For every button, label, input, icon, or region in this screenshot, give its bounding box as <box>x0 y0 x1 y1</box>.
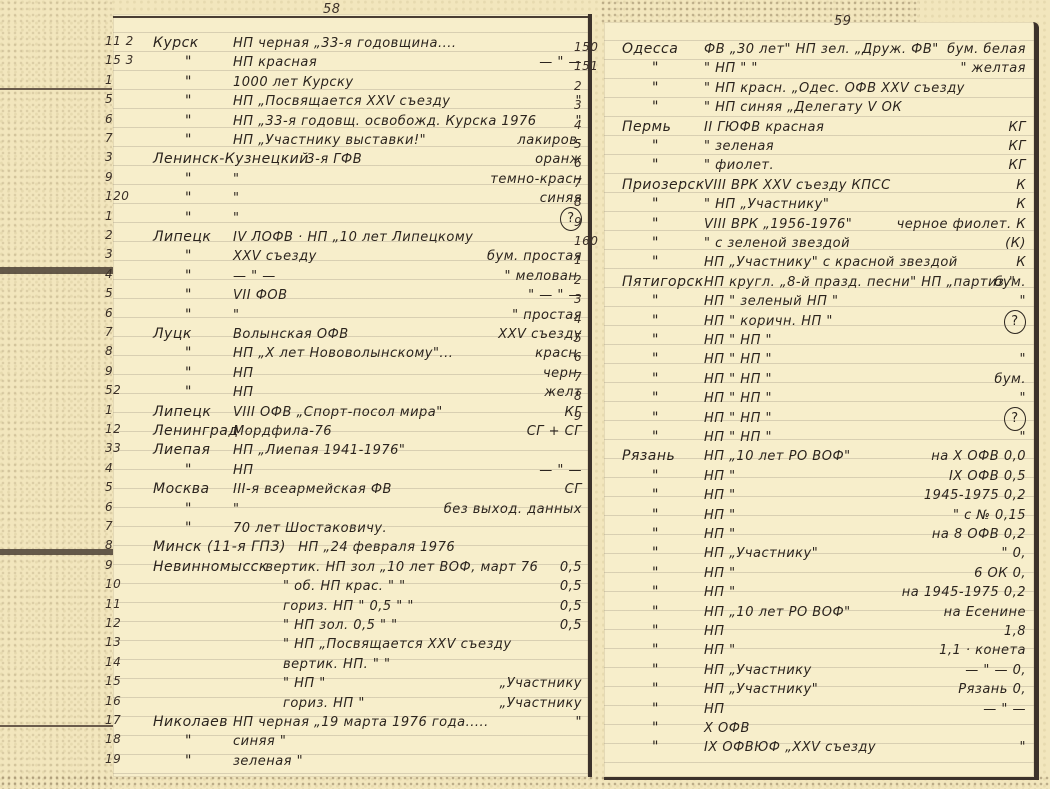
entry-row: "НП „X лет Нововолынскому"...красн. <box>113 344 588 363</box>
entry-row: "НП " НП "? <box>604 409 1034 428</box>
entry-text: НП черная „19 марта 1976 года..... <box>233 713 489 732</box>
margin-number: 5 <box>105 92 113 106</box>
entry-text: VII ФОВ <box>233 286 288 305</box>
entry-text: НП <box>233 461 254 480</box>
margin-number: 9 <box>105 364 113 378</box>
entry-row: "" зеленаяКГ <box>604 137 1034 156</box>
entry-row: "НП " зеленый НП "" <box>604 292 1034 311</box>
entry-note: " мелован. <box>505 267 582 286</box>
margin-number: 11 2 <box>105 34 134 48</box>
entry-row: "IX ОФВЮФ „XXV съезду" <box>604 738 1034 757</box>
entry-text: НП " <box>704 641 736 660</box>
margin-number: 15 <box>105 674 121 688</box>
entry-row: гориз. НП "„Участнику <box>113 694 588 713</box>
entry-row: "" НП " "" желтая <box>604 59 1034 78</box>
entry-note: " <box>1020 389 1026 408</box>
ditto-mark: " <box>652 506 659 525</box>
ditto-mark: " <box>185 732 192 751</box>
entry-note: " <box>576 713 582 732</box>
entry-row: Минск (11-я ГПЗ)НП „24 февраля 1976 <box>113 538 588 557</box>
entry-text: гориз. НП " 0,5 " " <box>283 597 414 616</box>
entry-row: """ простая <box>113 306 588 325</box>
notebook-page-right: 59 ОдессаФВ „30 лет" НП зел. „Друж. ФВ"б… <box>604 22 1039 780</box>
entry-text: " <box>233 170 239 189</box>
margin-number: 6 <box>574 156 582 170</box>
entry-row: " об. НП крас. " "0,5 <box>113 577 588 596</box>
entry-row: гориз. НП " 0,5 " "0,5 <box>113 597 588 616</box>
entry-note: КГ <box>1009 118 1026 137</box>
entry-text: " <box>233 189 239 208</box>
entry-note: 1945-1975 0,2 <box>924 486 1026 505</box>
entry-text: XXV съезду <box>233 247 317 266</box>
entry-note: " желтая <box>961 59 1027 78</box>
entry-note: КГ <box>1009 137 1026 156</box>
entry-text: НП " <box>704 506 736 525</box>
entry-text: НП „10 лет РО ВОФ" <box>704 447 851 466</box>
entry-text: НП „Участнику" с красной звездой <box>704 253 958 272</box>
margin-number: 5 <box>574 137 582 151</box>
ditto-mark: " <box>652 700 659 719</box>
entry-row: "НП „Участнику"" 0, <box>604 544 1034 563</box>
entry-note: IX ОФВ 0,5 <box>949 467 1026 486</box>
entry-row: "НП " НП "" <box>604 428 1034 447</box>
entry-note: К <box>1016 176 1026 195</box>
ditto-mark: " <box>185 344 192 363</box>
ditto-mark: " <box>652 641 659 660</box>
entry-row: ""синяя <box>113 189 588 208</box>
entry-row: Невинномыссквертик. НП зол „10 лет ВОФ, … <box>113 558 588 577</box>
margin-number: 2 <box>105 228 113 242</box>
entry-note: „Участнику <box>499 674 582 693</box>
entry-note: черное фиолет. К <box>897 215 1026 234</box>
margin-number: 7 <box>574 176 582 190</box>
entry-row: "XXV съездубум. простая <box>113 247 588 266</box>
margin-number: 4 <box>574 118 582 132</box>
margin-number: 9 <box>105 558 113 572</box>
entry-text: гориз. НП " <box>283 694 365 713</box>
entry-text: " с зеленой звездой <box>704 234 850 253</box>
ditto-mark: " <box>185 286 192 305</box>
entry-note: " простая <box>512 306 582 325</box>
page-number: 58 <box>323 2 341 17</box>
margin-number: 12 <box>105 422 121 436</box>
ditto-mark: " <box>652 738 659 757</box>
entry-row: КурскНП черная „33-я годовщина.... <box>113 34 588 53</box>
entry-row: "НП " коричн. НП "? <box>604 312 1034 331</box>
ditto-mark: " <box>185 267 192 286</box>
entry-row: " НП зол. 0,5 " "0,5 <box>113 616 588 635</box>
margin-number: 6 <box>574 350 582 364</box>
margin-number: 11 <box>105 597 121 611</box>
ditto-mark: " <box>652 525 659 544</box>
entry-text: ФВ „30 лет" НП зел. „Друж. ФВ" <box>704 40 939 59</box>
margin-number: 18 <box>105 732 121 746</box>
entry-row: "НП "6 ОК 0, <box>604 564 1034 583</box>
entry-text: зеленая " <box>233 752 303 771</box>
margin-number: 6 <box>105 306 113 320</box>
entry-text: НП „Участнику" <box>704 680 818 699</box>
margin-number: 10 <box>105 577 121 591</box>
entry-note: К <box>1016 253 1026 272</box>
entry-text: " НП красн. „Одес. ОФВ XXV съезду <box>704 79 965 98</box>
margin-number: 120 <box>105 189 129 203</box>
entry-row: "НП " НП "бум. <box>604 370 1034 389</box>
entry-text: " НП синяя „Делегату V ОК <box>704 98 902 117</box>
entry-row: "НП "на 1945-1975 0,2 <box>604 583 1034 602</box>
margin-number: 1 <box>105 73 113 87</box>
margin-number: 3 <box>574 292 582 306</box>
entry-note: „Участнику <box>499 694 582 713</box>
entry-text: " НП „Участнику" <box>704 195 829 214</box>
ditto-mark: " <box>652 409 659 428</box>
ditto-mark: " <box>652 389 659 408</box>
entry-row: "НП " НП "" <box>604 350 1034 369</box>
entry-row: "НП— " — <box>604 700 1034 719</box>
entry-row: "синяя " <box>113 732 588 751</box>
entry-text: НП " <box>704 467 736 486</box>
margin-number: 6 <box>105 112 113 126</box>
ditto-mark: " <box>652 583 659 602</box>
entry-row: НиколаевНП черная „19 марта 1976 года...… <box>113 713 588 732</box>
underlying-page-edge <box>0 88 112 90</box>
entry-row: ОдессаФВ „30 лет" НП зел. „Друж. ФВ"бум.… <box>604 40 1034 59</box>
city-name: Ленинск-Кузнецкий <box>153 150 309 169</box>
entry-note: 1,8 <box>1004 622 1026 641</box>
underlying-page-edge <box>0 549 118 555</box>
entry-row: "" НП синяя „Делегату V ОК <box>604 98 1034 117</box>
entry-row: "НПжелт <box>113 383 588 402</box>
city-name: Ленинград <box>153 422 239 441</box>
entry-text: " НП " <box>283 674 326 693</box>
entry-text: синяя " <box>233 732 286 751</box>
entry-note: лакиров. <box>517 131 582 150</box>
entry-row: "X ОФВ <box>604 719 1034 738</box>
entry-row: "НП " НП "" <box>604 389 1034 408</box>
ditto-mark: " <box>652 603 659 622</box>
entry-row: МоскваIII-я всеармейская ФВСГ <box>113 480 588 499</box>
entry-text: IV ЛОФВ · НП „10 лет Липецкому <box>233 228 473 247</box>
margin-number: 17 <box>105 713 121 727</box>
entry-row: "НП красная— " — <box>113 53 588 72</box>
ditto-mark: " <box>652 234 659 253</box>
entry-text: НП „33-я годовщ. освобожд. Курска 1976 <box>233 112 537 131</box>
entry-text: II ГЮФВ красная <box>704 118 824 137</box>
entry-text: III-я всеармейская ФВ <box>233 480 392 499</box>
entry-text: НП " <box>704 564 736 583</box>
entry-text: " НП „Посвящается XXV съезду <box>283 635 512 654</box>
city-name: Москва <box>153 480 210 499</box>
margin-number: 5 <box>105 480 113 494</box>
entry-text: НП " НП " <box>704 350 772 369</box>
entry-note: бум. белая <box>947 40 1026 59</box>
entry-row: ПятигорскНП кругл. „8-й празд. песни" НП… <box>604 273 1034 292</box>
entry-text: X ОФВ <box>704 719 750 738</box>
ditto-mark: " <box>652 622 659 641</box>
margin-number: 1 <box>105 403 113 417</box>
halftone-top <box>600 0 920 24</box>
margin-number: 5 <box>105 286 113 300</box>
entry-note: бум. <box>994 273 1026 292</box>
entry-row: ЛуцкВолынская ОФВXXV съезду <box>113 325 588 344</box>
ditto-mark: " <box>185 247 192 266</box>
entry-row: ЛиепаяНП „Лиепая 1941-1976" <box>113 441 588 460</box>
city-name: Невинномысск <box>153 558 268 577</box>
entry-row: "НП „33-я годовщ. освобожд. Курска 1976" <box>113 112 588 131</box>
margin-number: 3 <box>574 98 582 112</box>
entry-note: — " — <box>983 700 1026 719</box>
entry-text: НП красная <box>233 53 317 72</box>
entry-text: 1000 лет Курску <box>233 73 354 92</box>
entry-note: 0,5 <box>560 558 582 577</box>
city-name: Рязань <box>622 447 675 466</box>
entry-row: "НП " НП " <box>604 331 1034 350</box>
entry-text: НП „Участнику" <box>704 544 818 563</box>
entry-text: " <box>233 500 239 519</box>
entry-text: НП " НП " <box>704 409 772 428</box>
ditto-mark: " <box>652 215 659 234</box>
ditto-mark: " <box>185 112 192 131</box>
ditto-mark: " <box>652 59 659 78</box>
ditto-mark: " <box>185 383 192 402</box>
entry-text: вертик. НП зол „10 лет ВОФ, март 76 <box>265 558 538 577</box>
entry-text: " НП " " <box>704 59 758 78</box>
ditto-mark: " <box>185 73 192 92</box>
entry-row: "— " —" мелован. <box>113 267 588 286</box>
entry-note: 0,5 <box>560 597 582 616</box>
margin-number: 6 <box>105 500 113 514</box>
city-name: Одесса <box>622 40 678 59</box>
entry-row: "НП "1,1 · конета <box>604 641 1034 660</box>
ditto-mark: " <box>185 209 192 228</box>
entry-text: НП " НП " <box>704 370 772 389</box>
city-name: Николаев <box>153 713 228 732</box>
entry-note: 1,1 · конета <box>939 641 1026 660</box>
entry-row: РязаньНП „10 лет РО ВОФ"на X ОФВ 0,0 <box>604 447 1034 466</box>
entry-note: К <box>1016 195 1026 214</box>
city-name: Лиепая <box>153 441 210 460</box>
entry-row: "" НП красн. „Одес. ОФВ XXV съезду <box>604 79 1034 98</box>
entry-note: на 1945-1975 0,2 <box>902 583 1026 602</box>
entry-note: — " — <box>539 461 582 480</box>
entry-row: "НП „Посвящается XXV съезду" <box>113 92 588 111</box>
entry-note: КГ <box>1009 156 1026 175</box>
entry-row: ЛипецкVIII ОФВ „Спорт-посол мира"КГ <box>113 403 588 422</box>
entry-note: Рязань 0, <box>958 680 1026 699</box>
entry-text: НП <box>233 383 254 402</box>
ditto-mark: " <box>652 156 659 175</box>
entry-row: "НП "IX ОФВ 0,5 <box>604 467 1034 486</box>
entry-text: Волынская ОФВ <box>233 325 349 344</box>
entry-text: " <box>233 209 239 228</box>
margin-number: 1 <box>574 253 582 267</box>
entry-row: "НП— " — <box>113 461 588 480</box>
entry-text: НП <box>704 622 725 641</box>
city-name: Курск <box>153 34 199 53</box>
entry-row: "1000 лет Курску <box>113 73 588 92</box>
entry-text: НП " НП " <box>704 428 772 447</box>
entry-row: вертик. НП. " " <box>113 655 588 674</box>
ditto-mark: " <box>652 98 659 117</box>
entry-text: НП „Участнику выставки!" <box>233 131 426 150</box>
entry-row: ЛенинградМордфила-76СГ + СГ <box>113 422 588 441</box>
ditto-mark: " <box>185 500 192 519</box>
entry-row: "" НП „Участнику"К <box>604 195 1034 214</box>
ditto-mark: " <box>652 292 659 311</box>
margin-number: 5 <box>574 331 582 345</box>
entry-note: 0,5 <box>560 616 582 635</box>
entry-note: " <box>1020 292 1026 311</box>
entry-row: Ленинск-Кузнецкий3-я ГФВоранж <box>113 150 588 169</box>
ditto-mark: " <box>185 306 192 325</box>
entry-text: НП черная „33-я годовщина.... <box>233 34 457 53</box>
margin-number: 7 <box>105 519 113 533</box>
ditto-mark: " <box>652 137 659 156</box>
entry-row: "НП „Участнику выставки!"лакиров. <box>113 131 588 150</box>
entry-row: ПриозерскVIII ВРК XXV съезду КПССК <box>604 176 1034 195</box>
margin-number: 16 <box>105 694 121 708</box>
entry-row: ЛипецкIV ЛОФВ · НП „10 лет Липецкому <box>113 228 588 247</box>
ditto-mark: " <box>652 486 659 505</box>
entry-note: (К) <box>1005 234 1026 253</box>
ditto-mark: " <box>652 79 659 98</box>
entry-text: НП „Участнику <box>704 661 812 680</box>
margin-number: 2 <box>574 79 582 93</box>
entry-row: "" фиолет.КГ <box>604 156 1034 175</box>
margin-number: 7 <box>574 370 582 384</box>
city-name: Пятигорск <box>622 273 704 292</box>
margin-number: 9 <box>574 215 582 229</box>
entry-row: " НП „Посвящается XXV съезду <box>113 635 588 654</box>
margin-number: 3 <box>105 247 113 261</box>
entry-text: НП " <box>704 525 736 544</box>
margin-number: 33 <box>105 441 121 455</box>
margin-number: 7 <box>105 131 113 145</box>
margin-number: 3 <box>105 150 113 164</box>
entry-text: НП „24 февраля 1976 <box>298 538 455 557</box>
ditto-mark: " <box>652 564 659 583</box>
margin-number: 15 3 <box>105 53 134 67</box>
entry-row: "НП "" с № 0,15 <box>604 506 1034 525</box>
entry-row: ПермьII ГЮФВ краснаяКГ <box>604 118 1034 137</box>
city-name: Липецк <box>153 228 211 247</box>
entry-text: " зеленая <box>704 137 774 156</box>
margin-number: 8 <box>105 344 113 358</box>
ditto-mark: " <box>652 312 659 331</box>
entry-text: НП „10 лет РО ВОФ" <box>704 603 851 622</box>
entry-note: на 8 ОФВ 0,2 <box>932 525 1026 544</box>
entry-text: Мордфила-76 <box>233 422 332 441</box>
entry-row: "НП „Участнику— " — 0, <box>604 661 1034 680</box>
entry-note: без выход. данных <box>444 500 582 519</box>
ditto-mark: " <box>185 131 192 150</box>
entry-text: IX ОФВЮФ „XXV съезду <box>704 738 876 757</box>
entry-text: НП <box>704 700 725 719</box>
entry-row: "НП „10 лет РО ВОФ"на Есенине <box>604 603 1034 622</box>
entry-row: "НПчерн. <box>113 364 588 383</box>
entry-row: "НП "на 8 ОФВ 0,2 <box>604 525 1034 544</box>
margin-number: 8 <box>574 195 582 209</box>
margin-number: 4 <box>574 312 582 326</box>
entry-text: " НП зол. 0,5 " " <box>283 616 398 635</box>
entry-note: темно-красн <box>490 170 582 189</box>
ditto-mark: " <box>652 331 659 350</box>
ditto-mark: " <box>652 195 659 214</box>
entry-text: 3-я ГФВ <box>306 150 362 169</box>
page-number: 59 <box>834 14 852 29</box>
entry-text: VIII ВРК XXV съезду КПСС <box>704 176 891 195</box>
entry-row: "70 лет Шостаковичу. <box>113 519 588 538</box>
ditto-mark: " <box>652 350 659 369</box>
entry-note: 6 ОК 0, <box>974 564 1026 583</box>
halftone-margin-left <box>0 0 112 789</box>
entry-text: НП " <box>704 583 736 602</box>
entry-note: бум. <box>994 370 1026 389</box>
entry-text: " об. НП крас. " " <box>283 577 406 596</box>
entry-row: "VIII ВРК „1956-1976"черное фиолет. К <box>604 215 1034 234</box>
margin-number: 13 <box>105 635 121 649</box>
margin-number: 52 <box>105 383 121 397</box>
ditto-mark: " <box>652 467 659 486</box>
entry-text: НП " НП " <box>704 389 772 408</box>
ditto-mark: " <box>185 519 192 538</box>
city-name: Минск (11-я ГПЗ) <box>153 538 286 557</box>
margin-number: 151 <box>574 59 598 73</box>
margin-number: 14 <box>105 655 121 669</box>
ditto-mark: " <box>652 428 659 447</box>
city-name: Липецк <box>153 403 211 422</box>
margin-number: 19 <box>105 752 121 766</box>
entry-row: " НП "„Участнику <box>113 674 588 693</box>
entry-note: СГ + СГ <box>527 422 582 441</box>
entry-text: НП " <box>704 486 736 505</box>
city-name: Пермь <box>622 118 671 137</box>
margin-number: 4 <box>105 461 113 475</box>
entry-text: " фиолет. <box>704 156 774 175</box>
margin-number: 9 <box>574 409 582 423</box>
ditto-mark: " <box>652 661 659 680</box>
entry-text: НП „Лиепая 1941-1976" <box>233 441 405 460</box>
ditto-mark: " <box>652 253 659 272</box>
entry-row: "" с зеленой звездой(К) <box>604 234 1034 253</box>
entry-note: — " — 0, <box>965 661 1026 680</box>
entry-note: 0,5 <box>560 577 582 596</box>
top-rule <box>113 16 588 18</box>
entry-text: VIII ОФВ „Спорт-посол мира" <box>233 403 443 422</box>
entry-text: НП " НП " <box>704 331 772 350</box>
notebook-page-left: 58 КурскНП черная „33-я годовщина...."НП… <box>113 14 592 777</box>
ditto-mark: " <box>652 544 659 563</box>
entry-row: "НП „Участнику"Рязань 0, <box>604 680 1034 699</box>
margin-number: 8 <box>105 538 113 552</box>
ditto-mark: " <box>185 53 192 72</box>
ditto-mark: " <box>652 680 659 699</box>
ditto-mark: " <box>185 364 192 383</box>
question-mark-circle: ? <box>1004 407 1026 431</box>
entry-note: на X ОФВ 0,0 <box>931 447 1026 466</box>
entry-text: НП „Посвящается XXV съезду <box>233 92 450 111</box>
entry-text: VIII ВРК „1956-1976" <box>704 215 852 234</box>
margin-number: 1 <box>105 209 113 223</box>
entry-text: НП " зеленый НП " <box>704 292 839 311</box>
margin-number: 150 <box>574 40 598 54</box>
ditto-mark: " <box>185 189 192 208</box>
entry-note: " 0, <box>1001 544 1026 563</box>
margin-number: 9 <box>105 170 113 184</box>
city-name: Приозерск <box>622 176 705 195</box>
entry-text: вертик. НП. " " <box>283 655 390 674</box>
ditto-mark: " <box>652 370 659 389</box>
entry-text: НП " коричн. НП " <box>704 312 833 331</box>
